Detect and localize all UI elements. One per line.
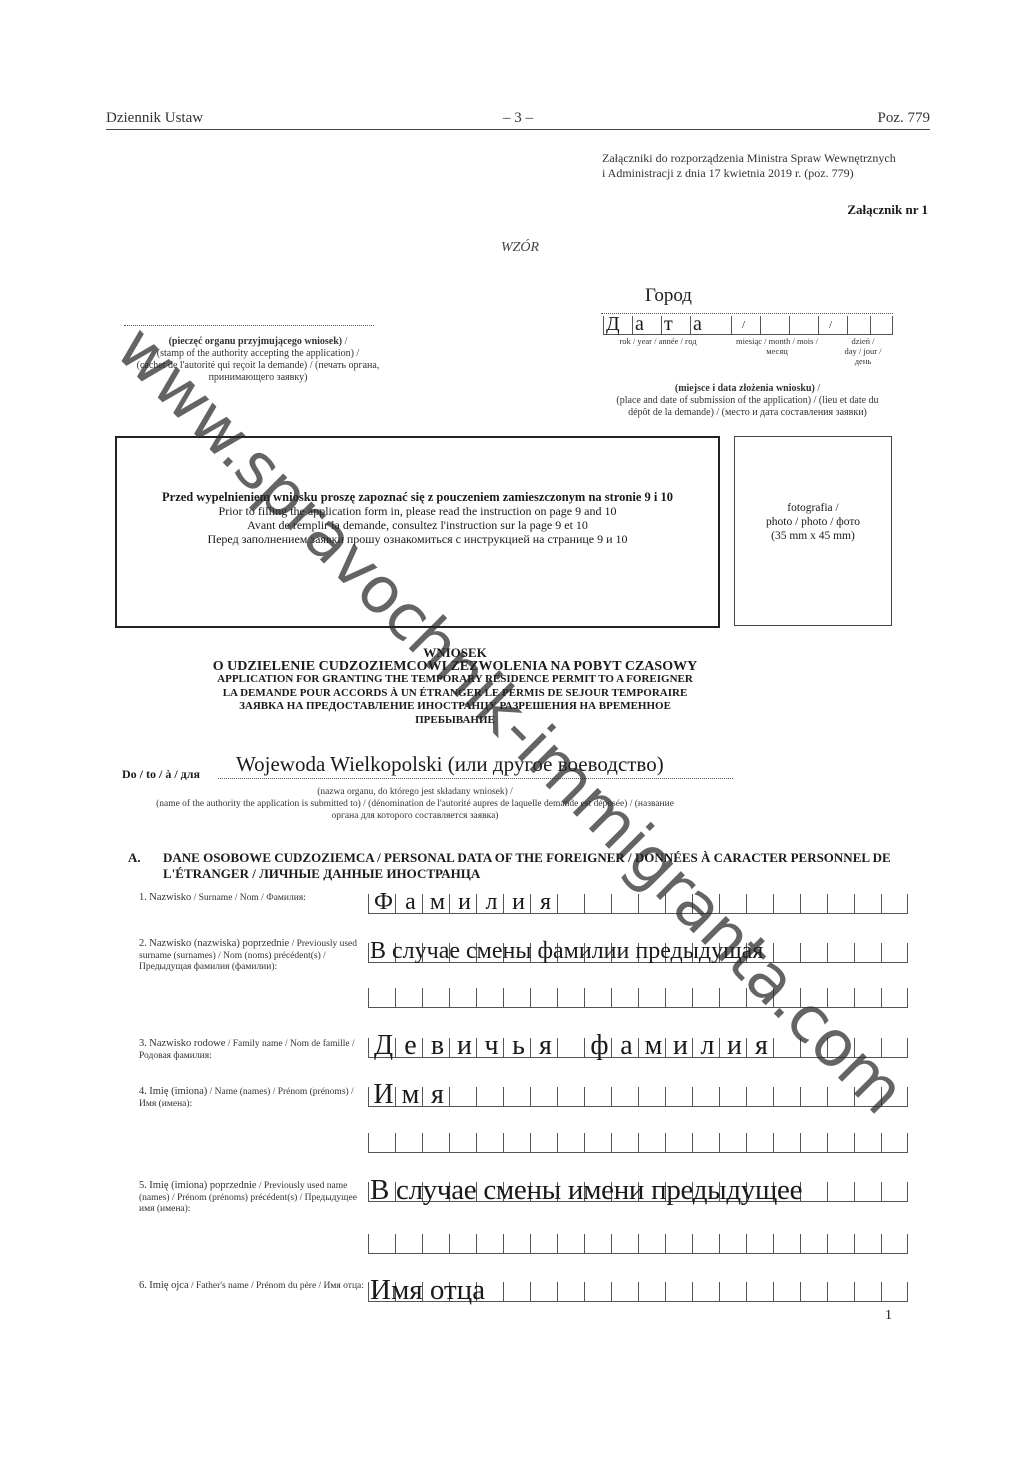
field-number: 2. (139, 938, 147, 949)
grid-cell[interactable] (665, 894, 692, 914)
grid-cell[interactable] (800, 988, 827, 1008)
grid-cell[interactable] (584, 1133, 611, 1153)
page-indicator: – 3 – (106, 110, 930, 127)
date-cell-month[interactable] (760, 316, 789, 335)
grid-cell[interactable] (692, 988, 719, 1008)
grid-cell[interactable] (503, 1282, 530, 1302)
grid-cell[interactable] (773, 943, 800, 963)
grid-char: а (613, 1032, 640, 1060)
grid-cell[interactable] (530, 1234, 557, 1254)
place-date-caption-sep: / (815, 383, 820, 394)
date-cell-year[interactable]: а (632, 316, 661, 335)
grid-cell[interactable] (854, 1282, 881, 1302)
photo-caption-line: (35 mm x 45 mm) (735, 529, 891, 543)
grid-char: л (694, 1032, 721, 1060)
month-label: miesiąc / month / mois / месяц (722, 336, 832, 356)
grid-cell[interactable] (827, 1087, 854, 1107)
section-title: DANE OSOBOWE CUDZOZIEMCA / PERSONAL DATA… (163, 850, 933, 882)
grid-cell[interactable] (638, 1282, 665, 1302)
grid-char: е (397, 1032, 424, 1060)
date-grid[interactable]: Д а т а / / (603, 316, 893, 335)
title-line: WNIOSEK (150, 646, 760, 660)
grid-cell[interactable] (422, 988, 449, 1008)
field-label-family-name: 3. Nazwisko rodowe / Family name / Nom d… (139, 1038, 367, 1062)
grid-cell[interactable] (584, 1234, 611, 1254)
grid-cell[interactable] (773, 988, 800, 1008)
grid-char: И (370, 1081, 397, 1109)
grid-cell[interactable] (611, 1133, 638, 1153)
grid-cell[interactable] (800, 1282, 827, 1302)
title-line: ПРЕБЫВАНИЕ (150, 714, 760, 728)
father-name-value: Имя отца (370, 1276, 485, 1304)
grid-char: ь (505, 1032, 532, 1060)
grid-cell[interactable] (692, 894, 719, 914)
grid-cell[interactable] (476, 1087, 503, 1107)
grid-cell[interactable] (530, 1282, 557, 1302)
instruction-en: Prior to filling the application form in… (117, 504, 718, 518)
date-separator: / (829, 317, 832, 334)
section-letter: A. (128, 850, 141, 866)
field-label-pl: Nazwisko (149, 892, 191, 903)
instruction-fr: Avant de remplir la demande, consultez l… (117, 518, 718, 532)
addressee-caption-line: (name of the authority the application i… (120, 798, 710, 810)
grid-cell[interactable] (800, 943, 827, 963)
grid-cell[interactable] (773, 1087, 800, 1107)
grid-cell[interactable] (881, 1282, 908, 1302)
grid-cell[interactable] (584, 1282, 611, 1302)
grid-cell[interactable] (719, 1282, 746, 1302)
grid-cell[interactable] (746, 1234, 773, 1254)
grid-cell[interactable] (638, 1087, 665, 1107)
grid-cell[interactable] (530, 1133, 557, 1153)
grid-cell[interactable] (638, 988, 665, 1008)
grid-cell[interactable] (611, 1282, 638, 1302)
addressee-line (218, 778, 733, 779)
date-cell-year[interactable]: т (661, 316, 690, 335)
grid-cell[interactable] (746, 988, 773, 1008)
grid-cell[interactable] (665, 1087, 692, 1107)
grid-cell[interactable] (827, 1182, 854, 1202)
grid-cell[interactable] (827, 943, 854, 963)
instruction-pl: Przed wypelnieniem wniosku proszę zapozn… (117, 490, 718, 504)
day-label-line: день (838, 356, 888, 366)
grid-cell[interactable] (800, 894, 827, 914)
grid-cell[interactable] (611, 1234, 638, 1254)
day-label-line: day / jour / (838, 346, 888, 356)
instruction-text: Przed wypelnieniem wniosku proszę zapozn… (117, 490, 718, 546)
grid-char: ф (586, 1032, 613, 1060)
page-number: 1 (885, 1308, 892, 1324)
photo-caption-line: photo / photo / фото (735, 515, 891, 529)
grid-cell[interactable] (773, 1038, 800, 1058)
date-cell-year[interactable]: Д (603, 316, 632, 335)
grid-cell[interactable] (827, 1038, 854, 1058)
grid-cell[interactable] (692, 1234, 719, 1254)
month-label-line: miesiąc / month / mois / (722, 336, 832, 346)
grid-cell[interactable] (422, 1133, 449, 1153)
grid-cell[interactable] (881, 1133, 908, 1153)
field-label-surname: 1. Nazwisko / Surname / Nom / Фамилия: (139, 892, 367, 905)
previous-surname-value: В случае смены фамилии предыдущая (370, 937, 763, 965)
grid-cell[interactable] (530, 988, 557, 1008)
grid-cell[interactable] (476, 1133, 503, 1153)
grid-cell[interactable] (746, 1282, 773, 1302)
grid-cell[interactable] (692, 1087, 719, 1107)
grid-cell[interactable] (422, 1234, 449, 1254)
name-grid-1[interactable]: Имя (368, 1087, 908, 1107)
grid-cell[interactable] (746, 1087, 773, 1107)
field-label-pl: Nazwisko rodowe (149, 1038, 225, 1049)
grid-cell[interactable] (584, 988, 611, 1008)
annex-reference-line: i Administracji z dnia 17 kwietnia 2019 … (602, 166, 932, 181)
field-number: 5. (139, 1180, 147, 1191)
grid-char: Ф (370, 888, 397, 916)
instruction-ru: Перед заполнением заявки прошу ознакомит… (117, 532, 718, 546)
grid-char: я (532, 1032, 559, 1060)
grid-cell[interactable] (557, 894, 584, 914)
year-label: rok / year / année / год (603, 336, 713, 346)
grid-cell[interactable] (827, 894, 854, 914)
annex-number: Załącznik nr 1 (847, 202, 928, 218)
grid-cell[interactable] (881, 988, 908, 1008)
grid-cell[interactable] (395, 1234, 422, 1254)
grid-char: я (532, 888, 559, 916)
date-cell-year[interactable]: а (690, 316, 731, 335)
title-line: ЗАЯВКА НА ПРЕДОСТАВЛЕНИЕ ИНОСТРАНЦУ РАЗР… (150, 700, 760, 714)
photo-caption-line: fotografia / (735, 501, 891, 515)
previous-surname-grid-1[interactable]: В случае смены фамилии предыдущая (368, 943, 908, 963)
field-label-name: 4. Imię (imiona) / Name (names) / Prénom… (139, 1086, 367, 1110)
grid-cell[interactable] (854, 1133, 881, 1153)
grid-cell[interactable] (584, 894, 611, 914)
grid-cell[interactable] (854, 1182, 881, 1202)
grid-cell[interactable] (719, 1234, 746, 1254)
father-name-grid[interactable]: Имя отца (368, 1282, 908, 1302)
grid-cell[interactable] (449, 1087, 476, 1107)
grid-cell[interactable] (503, 1087, 530, 1107)
previous-name-grid-1[interactable]: В случае смены имени предыдущее (368, 1182, 908, 1202)
date-char: Д (606, 313, 620, 335)
grid-cell[interactable] (773, 1282, 800, 1302)
grid-cell[interactable] (692, 1282, 719, 1302)
grid-cell[interactable] (476, 988, 503, 1008)
title-line: APPLICATION FOR GRANTING THE TEMPORARY R… (150, 673, 760, 687)
field-number: 6. (139, 1280, 147, 1291)
grid-cell[interactable] (773, 1234, 800, 1254)
date-cell-month[interactable] (789, 316, 818, 335)
date-separator: / (742, 317, 745, 334)
grid-cell[interactable] (746, 894, 773, 914)
day-label-line: dzień / (838, 336, 888, 346)
grid-char: и (667, 1032, 694, 1060)
grid-cell[interactable] (773, 1133, 800, 1153)
grid-cell[interactable] (827, 988, 854, 1008)
grid-cell[interactable] (503, 1234, 530, 1254)
field-label-father-name: 6. Imię ojca / Father's name / Prénom du… (139, 1280, 367, 1293)
date-cell-day[interactable] (870, 316, 893, 335)
place-date-caption: (miejsce i data złożenia wniosku) / (pla… (600, 383, 895, 419)
title-line: LA DEMANDE POUR ACCORDS À UN ÉTRANGER LE… (150, 687, 760, 701)
grid-char: я (748, 1032, 775, 1060)
position-number: Poz. 779 (878, 110, 931, 127)
date-char: т (664, 313, 673, 335)
grid-cell[interactable] (854, 894, 881, 914)
photo-box[interactable]: fotografia / photo / photo / фото (35 mm… (734, 436, 892, 626)
grid-cell[interactable] (827, 1133, 854, 1153)
grid-char: а (397, 888, 424, 916)
grid-cell[interactable] (746, 1133, 773, 1153)
field-label-previous-name: 5. Imię (imiona) poprzednie / Previously… (139, 1180, 367, 1216)
name-grid-2[interactable] (368, 1133, 908, 1153)
grid-cell[interactable] (854, 1038, 881, 1058)
grid-cell[interactable] (557, 988, 584, 1008)
grid-cell[interactable] (881, 1182, 908, 1202)
place-date-caption-line: (place and date of submission of the app… (600, 395, 895, 407)
instruction-box: Przed wypelnieniem wniosku proszę zapozn… (115, 436, 720, 628)
date-char: а (693, 313, 702, 335)
grid-cell[interactable] (800, 1087, 827, 1107)
grid-cell[interactable] (665, 988, 692, 1008)
grid-cell[interactable] (881, 894, 908, 914)
page-header: Dziennik Ustaw – 3 – Poz. 779 (106, 110, 930, 130)
previous-surname-grid-2[interactable] (368, 988, 908, 1008)
grid-cell[interactable] (557, 1133, 584, 1153)
addressee-label: Do / to / à / для (122, 767, 200, 782)
date-char: а (635, 313, 644, 335)
city-field[interactable]: Город (645, 285, 692, 307)
grid-cell[interactable] (557, 1234, 584, 1254)
grid-cell[interactable] (827, 1234, 854, 1254)
grid-cell[interactable] (503, 1133, 530, 1153)
grid-cell[interactable] (557, 1282, 584, 1302)
grid-cell[interactable] (638, 1133, 665, 1153)
grid-cell[interactable] (368, 1234, 395, 1254)
photo-caption: fotografia / photo / photo / фото (35 mm… (735, 501, 891, 543)
grid-cell[interactable] (800, 1182, 827, 1202)
grid-cell[interactable] (854, 943, 881, 963)
annex-reference: Załączniki do rozporządzenia Ministra Sp… (602, 151, 932, 181)
addressee-field[interactable]: Wojewoda Wielkopolski (или другое воевод… (236, 752, 664, 777)
field-label-pl: Nazwisko (nazwiska) poprzednie (149, 938, 289, 949)
grid-cell[interactable] (449, 1234, 476, 1254)
field-number: 1. (139, 892, 147, 903)
grid-cell[interactable] (395, 1133, 422, 1153)
field-label-previous-surname: 2. Nazwisko (nazwiska) poprzednie / Prev… (139, 938, 367, 974)
grid-cell[interactable] (368, 988, 395, 1008)
grid-cell[interactable] (881, 1087, 908, 1107)
grid-cell[interactable] (557, 1087, 584, 1107)
field-label-pl: Imię (imiona) (149, 1086, 207, 1097)
grid-cell[interactable] (476, 1234, 503, 1254)
grid-cell[interactable] (881, 1038, 908, 1058)
grid-cell[interactable] (503, 988, 530, 1008)
stamp-caption: (pieczęć organu przyjmującego wniosek) /… (108, 336, 408, 384)
grid-cell[interactable] (881, 943, 908, 963)
stamp-caption-line: (cachet de l'autorité qui reçoit la dema… (108, 360, 408, 372)
field-number: 4. (139, 1086, 147, 1097)
grid-cell[interactable] (800, 1234, 827, 1254)
grid-char: м (424, 888, 451, 916)
grid-cell[interactable] (395, 988, 422, 1008)
field-label-pl: Imię ojca (149, 1280, 188, 1291)
grid-cell[interactable] (692, 1133, 719, 1153)
addressee-caption-line: (nazwa organu, do którego jest składany … (120, 786, 710, 798)
month-label-line: месяц (722, 346, 832, 356)
grid-char: Д (370, 1032, 397, 1060)
form-title: WNIOSEK O UDZIELENIE CUDZOZIEMCOWI ZEZWO… (150, 646, 760, 727)
template-mark: WZÓR (0, 240, 1028, 256)
grid-char: и (451, 1032, 478, 1060)
grid-char: м (397, 1081, 424, 1109)
stamp-caption-line: принимающего заявку) (108, 372, 408, 384)
day-label: dzień / day / jour / день (838, 336, 888, 366)
grid-char: ч (478, 1032, 505, 1060)
grid-cell[interactable] (719, 1133, 746, 1153)
family-name-value: Девичья фамилия (370, 1032, 775, 1060)
surname-grid[interactable]: Фамилия (368, 894, 908, 914)
addressee-caption-line: органа для которого составляется заявка) (120, 810, 710, 822)
grid-char: и (721, 1032, 748, 1060)
field-label-rest: / Father's name / Prénom du père / Имя о… (189, 1281, 364, 1291)
grid-cell[interactable] (449, 1133, 476, 1153)
field-number: 3. (139, 1038, 147, 1049)
grid-char: я (424, 1081, 451, 1109)
grid-cell[interactable] (530, 1087, 557, 1107)
grid-cell[interactable] (584, 1087, 611, 1107)
name-value: Имя (370, 1081, 451, 1109)
grid-cell[interactable] (881, 1234, 908, 1254)
grid-char: л (478, 888, 505, 916)
grid-char: и (451, 888, 478, 916)
grid-cell[interactable] (719, 894, 746, 914)
previous-name-grid-2[interactable] (368, 1234, 908, 1254)
field-label-rest: / Surname / Nom / Фамилия: (191, 893, 306, 903)
grid-cell[interactable] (368, 1133, 395, 1153)
grid-cell[interactable] (611, 988, 638, 1008)
stamp-field[interactable] (124, 325, 374, 326)
date-separator-cell: / (818, 316, 847, 335)
grid-cell[interactable] (827, 1282, 854, 1302)
place-date-caption-bold: (miejsce i data złożenia wniosku) (675, 383, 815, 394)
addressee-caption: (nazwa organu, do którego jest składany … (120, 786, 710, 822)
grid-cell[interactable] (854, 988, 881, 1008)
grid-cell[interactable] (773, 894, 800, 914)
surname-value: Фамилия (370, 887, 559, 916)
grid-cell[interactable] (449, 988, 476, 1008)
grid-cell[interactable] (719, 988, 746, 1008)
grid-cell[interactable] (665, 1234, 692, 1254)
family-name-grid[interactable]: Девичья фамилия (368, 1038, 908, 1058)
annex-reference-line: Załączniki do rozporządzenia Ministra Sp… (602, 151, 932, 166)
previous-name-value: В случае смены имени предыдущее (370, 1176, 802, 1204)
stamp-caption-bold: (pieczęć organu przyjmującego wniosek) (169, 336, 343, 347)
date-separator-cell: / (731, 316, 760, 335)
grid-cell[interactable] (638, 1234, 665, 1254)
grid-cell[interactable] (611, 894, 638, 914)
grid-cell[interactable] (611, 1087, 638, 1107)
grid-cell[interactable] (800, 1038, 827, 1058)
date-cell-day[interactable] (847, 316, 870, 335)
grid-char: и (505, 888, 532, 916)
place-date-caption-line: dépôt de la demande) / (место и дата сос… (600, 407, 895, 419)
grid-cell[interactable] (665, 1282, 692, 1302)
grid-cell[interactable] (638, 894, 665, 914)
grid-cell[interactable] (854, 1087, 881, 1107)
grid-cell[interactable] (854, 1234, 881, 1254)
title-line: O UDZIELENIE CUDZOZIEMCOWI ZEZWOLENIA NA… (150, 660, 760, 674)
field-label-pl: Imię (imiona) poprzednie (149, 1180, 256, 1191)
place-line (601, 313, 893, 314)
grid-cell[interactable] (665, 1133, 692, 1153)
stamp-caption-sep: / (342, 336, 347, 347)
grid-char: в (424, 1032, 451, 1060)
grid-cell[interactable] (800, 1133, 827, 1153)
grid-char: м (640, 1032, 667, 1060)
stamp-caption-line: (stamp of the authority accepting the ap… (108, 348, 408, 360)
grid-cell[interactable] (719, 1087, 746, 1107)
